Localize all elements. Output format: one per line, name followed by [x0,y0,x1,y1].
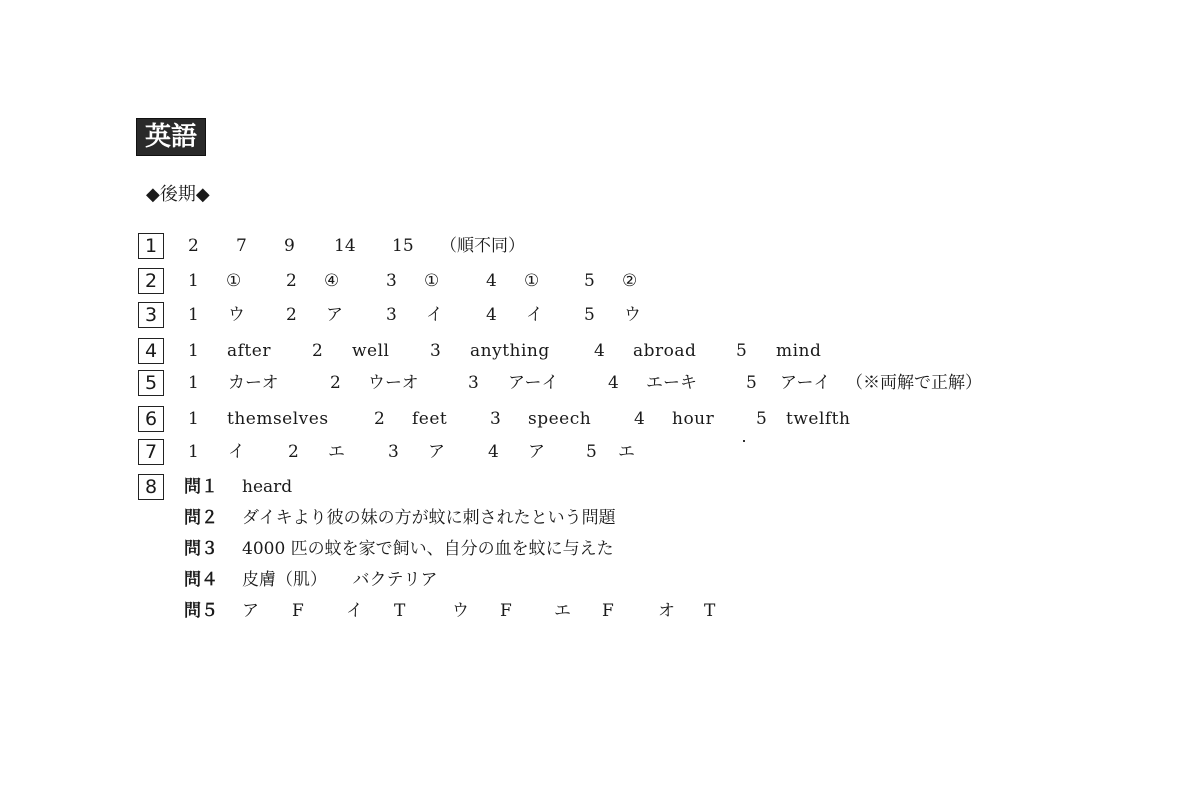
item-answer: mind [776,338,821,364]
answer-item: 7 [236,233,247,259]
item-answer: イ [228,439,245,465]
print-speck [743,440,745,442]
item-answer: abroad [633,338,696,364]
subquestion-label: 問５ [184,598,218,624]
subquestion-1: 問１ heard [184,474,584,504]
tf-item-value: T [704,598,715,624]
item-number: 1 [188,338,199,364]
subquestion-3: 問３ 4000 匹の蚊を家で飼い、自分の血を蚊に与えた [184,536,784,566]
subquestion-answer: heard [242,474,292,500]
subject-title-badge: 英語 [136,118,206,156]
item-number: 5 [584,302,595,328]
tf-item-key: ウ [452,598,469,624]
question-number-box: 3 [138,302,164,328]
item-number: 5 [584,268,595,294]
item-number: 2 [330,370,341,396]
subquestion-answer: ダイキより彼の妹の方が蚊に刺されたという問題 [242,505,616,531]
item-number: 2 [312,338,323,364]
subquestion-5: 問５ ア F イ T ウ F エ F オ T [184,598,784,628]
item-number: 5 [756,406,767,432]
answer-row-7: 7 1 イ 2 エ 3 ア 4 ア 5 エ [138,439,658,469]
item-number: 5 [746,370,757,396]
question-number-box: 7 [138,439,164,465]
subquestion-label: 問２ [184,505,218,531]
item-answer: anything [470,338,550,364]
item-answer: speech [528,406,591,432]
item-answer: well [352,338,390,364]
item-number: 3 [388,439,399,465]
item-answer: hour [672,406,714,432]
item-number: 5 [736,338,747,364]
item-number: 3 [468,370,479,396]
item-number: 2 [374,406,385,432]
subquestion-answer: 4000 匹の蚊を家で飼い、自分の血を蚊に与えた [242,536,614,562]
question-number-box: 5 [138,370,164,396]
answer-row-6: 6 1 themselves 2 feet 3 speech 4 hour 5 … [138,406,878,436]
item-answer: ① [524,268,539,294]
answer-item: 9 [284,233,295,259]
tf-item-value: F [292,598,304,624]
item-answer: イ [426,302,443,328]
item-number: 1 [188,302,199,328]
item-number: 3 [490,406,501,432]
subquestion-answer: 皮膚（肌） バクテリア [242,567,438,593]
item-answer: ウ [228,302,245,328]
accepted-note: （※両解で正解） [846,370,982,396]
order-note: （順不同） [440,233,525,259]
item-number: 4 [486,268,497,294]
item-answer: エ [328,439,345,465]
question-number-box: 1 [138,233,164,259]
item-number: 4 [486,302,497,328]
item-number: 3 [386,268,397,294]
answer-item: 2 [188,233,199,259]
subquestion-label: 問４ [184,567,218,593]
item-answer: ア [326,302,343,328]
tf-item-value: F [500,598,512,624]
item-answer: ② [622,268,637,294]
item-answer: カーオ [228,370,279,396]
tf-item-key: ア [242,598,259,624]
item-answer: ア [428,439,445,465]
tf-item-key: エ [554,598,571,624]
item-answer: アーイ [508,370,559,396]
item-answer: ④ [324,268,339,294]
question-number-box: 8 [138,474,164,500]
tf-item-key: イ [346,598,363,624]
term-subtitle: ◆後期◆ [146,182,210,208]
answer-row-2: 2 1 ① 2 ④ 3 ① 4 ① 5 ② [138,268,658,298]
question-number-box: 2 [138,268,164,294]
tf-item-value: F [602,598,614,624]
item-answer: ア [528,439,545,465]
item-number: 1 [188,370,199,396]
item-number: 1 [188,268,199,294]
answer-item: 15 [392,233,414,259]
subquestion-label: 問１ [184,474,218,500]
item-answer: ウーオ [368,370,419,396]
item-number: 4 [634,406,645,432]
item-answer: themselves [227,406,329,432]
question-number-box: 4 [138,338,164,364]
item-number: 4 [594,338,605,364]
item-number: 1 [188,406,199,432]
item-number: 2 [286,302,297,328]
item-answer: feet [412,406,447,432]
item-answer: ① [424,268,439,294]
subquestion-2: 問２ ダイキより彼の妹の方が蚊に刺されたという問題 [184,505,784,535]
item-number: 5 [586,439,597,465]
answer-item: 14 [334,233,356,259]
item-number: 4 [608,370,619,396]
item-answer: エ [618,439,635,465]
item-number: 3 [386,302,397,328]
item-answer: twelfth [786,406,850,432]
answer-row-3: 3 1 ウ 2 ア 3 イ 4 イ 5 ウ [138,302,658,332]
item-number: 2 [286,268,297,294]
item-answer: ウ [624,302,641,328]
subquestion-4: 問４ 皮膚（肌） バクテリア [184,567,784,597]
item-number: 4 [488,439,499,465]
item-answer: アーイ [780,370,831,396]
item-number: 1 [188,439,199,465]
answer-row-5: 5 1 カーオ 2 ウーオ 3 アーイ 4 エーキ 5 アーイ （※両解で正解） [138,370,1018,400]
item-answer: after [227,338,271,364]
item-answer: エーキ [646,370,697,396]
answer-row-1: 1 2 7 9 14 15 （順不同） [138,233,558,263]
tf-item-value: T [394,598,405,624]
question-number-box: 6 [138,406,164,432]
item-answer: イ [526,302,543,328]
item-answer: ① [226,268,241,294]
tf-item-key: オ [658,598,675,624]
subquestion-label: 問３ [184,536,218,562]
item-number: 2 [288,439,299,465]
item-number: 3 [430,338,441,364]
answer-row-4: 4 1 after 2 well 3 anything 4 abroad 5 m… [138,338,838,368]
